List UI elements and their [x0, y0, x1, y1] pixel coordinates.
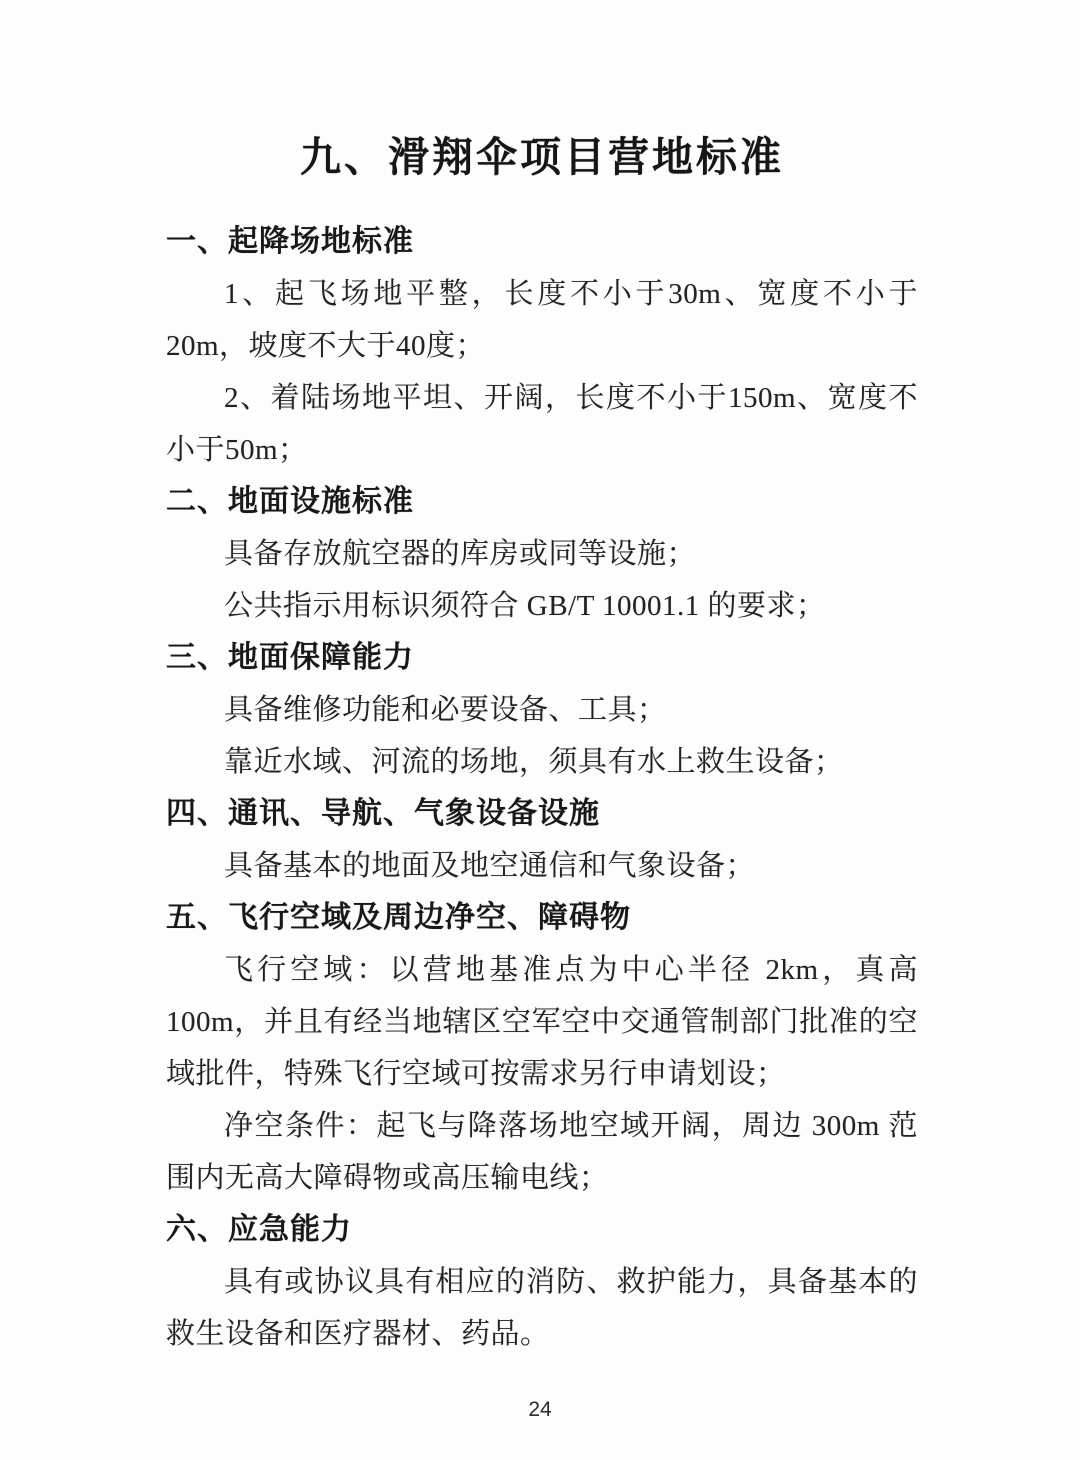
- section-heading: 六、应急能力: [166, 1204, 918, 1256]
- section-emergency-capability: 六、应急能力 具有或协议具有相应的消防、救护能力，具备基本的救生设备和医疗器材、…: [166, 1204, 918, 1360]
- section-heading: 五、飞行空域及周边净空、障碍物: [166, 892, 918, 944]
- paragraph: 具有或协议具有相应的消防、救护能力，具备基本的救生设备和医疗器材、药品。: [166, 1256, 918, 1360]
- document-page: 九、滑翔伞项目营地标准 一、起降场地标准 1、起飞场地平整，长度不小于30m、宽…: [0, 0, 1080, 1460]
- paragraph: 2、着陆场地平坦、开阔，长度不小于150m、宽度不小于50m；: [166, 372, 918, 476]
- paragraph: 公共指示用标识须符合 GB/T 10001.1 的要求；: [166, 580, 918, 632]
- paragraph: 具备存放航空器的库房或同等设施；: [166, 528, 918, 580]
- section-takeoff-landing-field: 一、起降场地标准 1、起飞场地平整，长度不小于30m、宽度不小于20m，坡度不大…: [166, 216, 918, 476]
- section-ground-support: 三、地面保障能力 具备维修功能和必要设备、工具； 靠近水域、河流的场地，须具有水…: [166, 632, 918, 788]
- document-title: 九、滑翔伞项目营地标准: [166, 126, 918, 188]
- paragraph: 飞行空域：以营地基准点为中心半径 2km，真高 100m，并且有经当地辖区空军空…: [166, 944, 918, 1100]
- paragraph: 具备基本的地面及地空通信和气象设备；: [166, 840, 918, 892]
- section-heading: 二、地面设施标准: [166, 476, 918, 528]
- section-heading: 三、地面保障能力: [166, 632, 918, 684]
- document-content: 九、滑翔伞项目营地标准 一、起降场地标准 1、起飞场地平整，长度不小于30m、宽…: [166, 126, 918, 1360]
- section-heading: 四、通讯、导航、气象设备设施: [166, 788, 918, 840]
- page-number: 24: [0, 1398, 1080, 1422]
- paragraph: 净空条件：起飞与降落场地空域开阔，周边 300m 范围内无高大障碍物或高压输电线…: [166, 1100, 918, 1204]
- section-heading: 一、起降场地标准: [166, 216, 918, 268]
- section-comm-nav-weather: 四、通讯、导航、气象设备设施 具备基本的地面及地空通信和气象设备；: [166, 788, 918, 892]
- section-airspace-obstacles: 五、飞行空域及周边净空、障碍物 飞行空域：以营地基准点为中心半径 2km，真高 …: [166, 892, 918, 1204]
- paragraph: 1、起飞场地平整，长度不小于30m、宽度不小于20m，坡度不大于40度；: [166, 268, 918, 372]
- section-ground-facility: 二、地面设施标准 具备存放航空器的库房或同等设施； 公共指示用标识须符合 GB/…: [166, 476, 918, 632]
- paragraph: 具备维修功能和必要设备、工具；: [166, 684, 918, 736]
- paragraph: 靠近水域、河流的场地，须具有水上救生设备；: [166, 736, 918, 788]
